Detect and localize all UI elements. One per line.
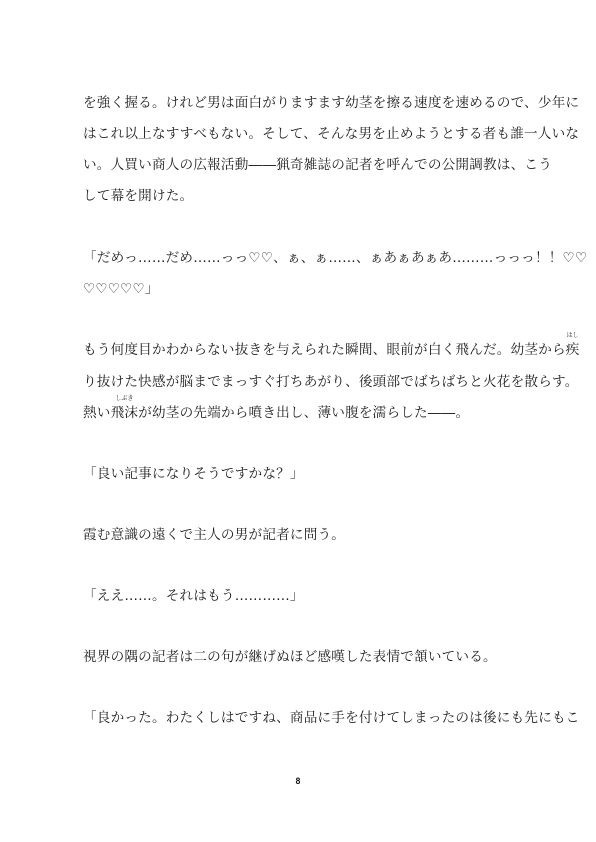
text-line: を強く握る。けれど男は面白がりますます幼茎を擦る速度を速めるので、少年に bbox=[83, 94, 523, 112]
ruby-base: 疾 bbox=[566, 342, 580, 358]
ruby-reading: はし bbox=[566, 332, 580, 339]
text-line: い。人買い商人の広報活動――猟奇雑誌の記者を呼んでの公開調教は、こう bbox=[83, 156, 523, 174]
text-line: り抜けた快感が脳までまっすぐ打ちあがり、後頭部でばちばちと火花を散らす。 bbox=[83, 373, 523, 391]
text-line: もう何度目かわからない抜きを与えられた瞬間、眼前が白く飛んだ。幼茎からはし疾 bbox=[83, 341, 523, 359]
document-page: を強く握る。けれど男は面白がりますます幼茎を擦る速度を速めるので、少年に はこれ… bbox=[0, 0, 596, 842]
dialogue-line: 「ええ……。それはもう…………」 bbox=[83, 587, 523, 605]
text-segment: もう何度目かわからない抜きを与えられた瞬間、眼前が白く飛んだ。幼茎から bbox=[83, 342, 566, 358]
ruby-word: はし疾 bbox=[566, 341, 580, 359]
page-number: 8 bbox=[0, 777, 596, 787]
text-line: はこれ以上なすすべもない。そして、そんな男を止めようとする者も誰一人いな bbox=[83, 125, 523, 143]
text-segment: 熱い bbox=[83, 405, 111, 421]
dialogue-line: ♡♡♡♡♡」 bbox=[83, 280, 523, 298]
text-line: 熱いしぶき飛沫が幼茎の先端から噴き出し、薄い腹を濡らした――。 bbox=[83, 404, 523, 422]
text-line: して幕を開けた。 bbox=[83, 187, 523, 205]
dialogue-line: 「だめっ……だめ……っっ♡♡、ぁ、ぁ……、ぁあぁあぁあ………っっっ！！♡♡ bbox=[83, 249, 523, 267]
text-line: 視界の隅の記者は二の句が継げぬほど感嘆した表情で頷いている。 bbox=[83, 648, 523, 666]
ruby-reading: しぶき bbox=[111, 395, 139, 402]
dialogue-line: 「良い記事になりそうですかな？」 bbox=[83, 465, 523, 483]
text-line: 霞む意識の遠くで主人の男が記者に問う。 bbox=[83, 526, 523, 544]
ruby-base: 飛沫 bbox=[111, 405, 139, 421]
dialogue-line: 「良かった。わたくしはですね、商品に手を付けてしまったのは後にも先にもこ bbox=[83, 709, 523, 727]
ruby-word: しぶき飛沫 bbox=[111, 404, 139, 422]
text-segment: が幼茎の先端から噴き出し、薄い腹を濡らした――。 bbox=[138, 405, 469, 421]
